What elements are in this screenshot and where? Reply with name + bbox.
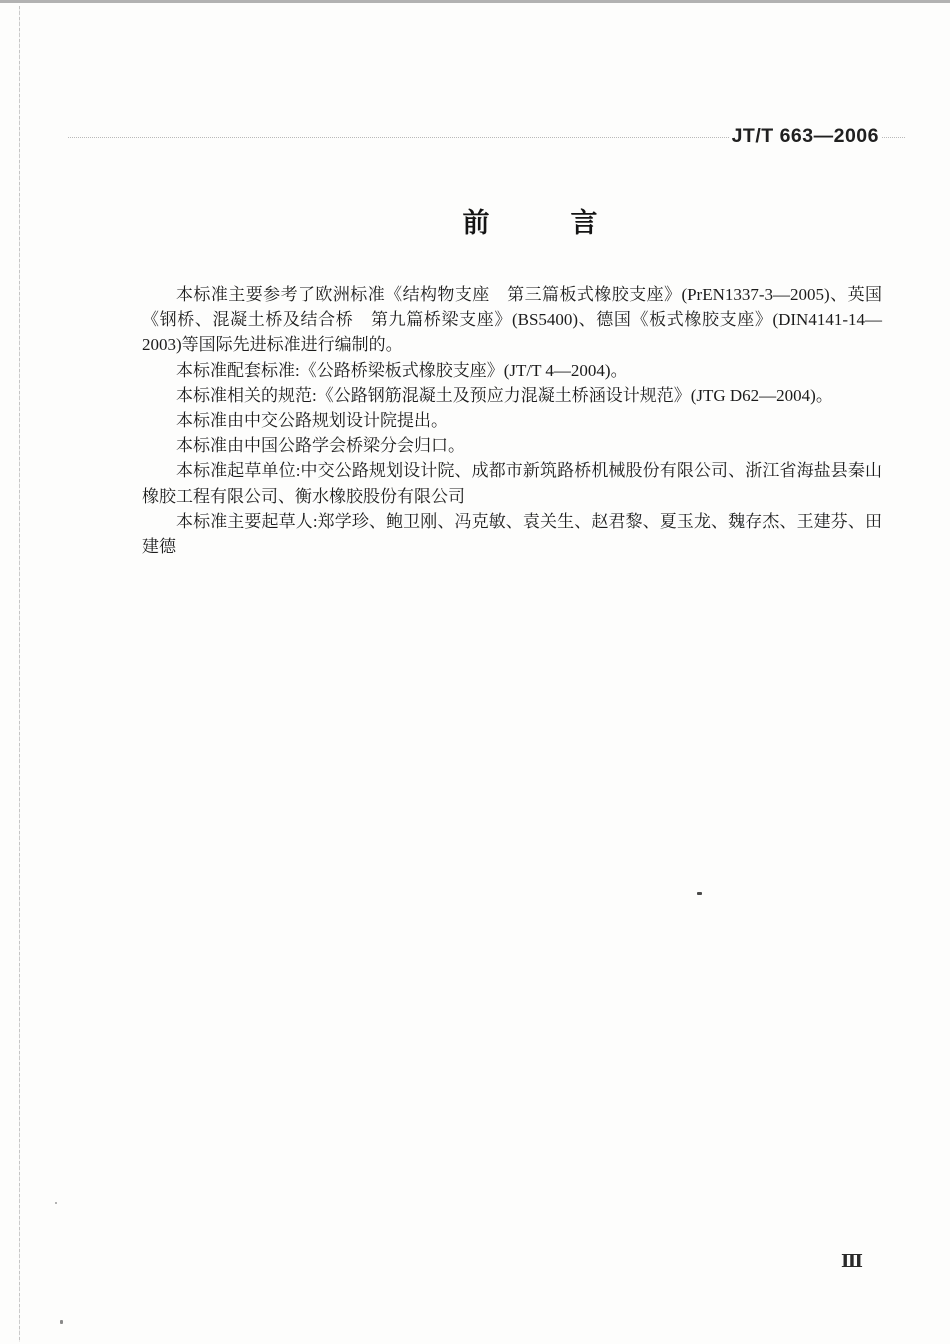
foreword-paragraph: 本标准主要参考了欧洲标准《结构物支座 第三篇板式橡胶支座》(PrEN1337-3… xyxy=(142,282,882,358)
scan-speck xyxy=(697,892,702,895)
scan-speck xyxy=(55,1202,57,1204)
scan-speck xyxy=(60,1320,63,1324)
scan-edge-left xyxy=(19,6,20,1342)
foreword-paragraph: 本标准主要起草人:郑学珍、鲍卫刚、冯克敏、袁关生、赵君黎、夏玉龙、魏存杰、王建芬… xyxy=(142,509,882,559)
foreword-paragraph: 本标准由中交公路规划设计院提出。 xyxy=(142,408,882,433)
foreword-body: 本标准主要参考了欧洲标准《结构物支座 第三篇板式橡胶支座》(PrEN1337-3… xyxy=(142,282,882,559)
foreword-paragraph: 本标准由中国公路学会桥梁分会归口。 xyxy=(142,433,882,458)
foreword-paragraph: 本标准起草单位:中交公路规划设计院、成都市新筑路桥机械股份有限公司、浙江省海盐县… xyxy=(142,458,882,508)
page-number: Ⅲ xyxy=(841,1251,863,1272)
page-title: 前 言 xyxy=(150,201,910,240)
foreword-paragraph: 本标准配套标准:《公路桥梁板式橡胶支座》(JT/T 4—2004)。 xyxy=(142,358,882,383)
standard-code: JT/T 663—2006 xyxy=(729,123,882,149)
document-page: JT/T 663—2006 前 言 本标准主要参考了欧洲标准《结构物支座 第三篇… xyxy=(0,0,950,1344)
foreword-paragraph: 本标准相关的规范:《公路钢筋混凝土及预应力混凝土桥涵设计规范》(JTG D62—… xyxy=(142,383,882,408)
scan-edge-top xyxy=(0,0,950,3)
